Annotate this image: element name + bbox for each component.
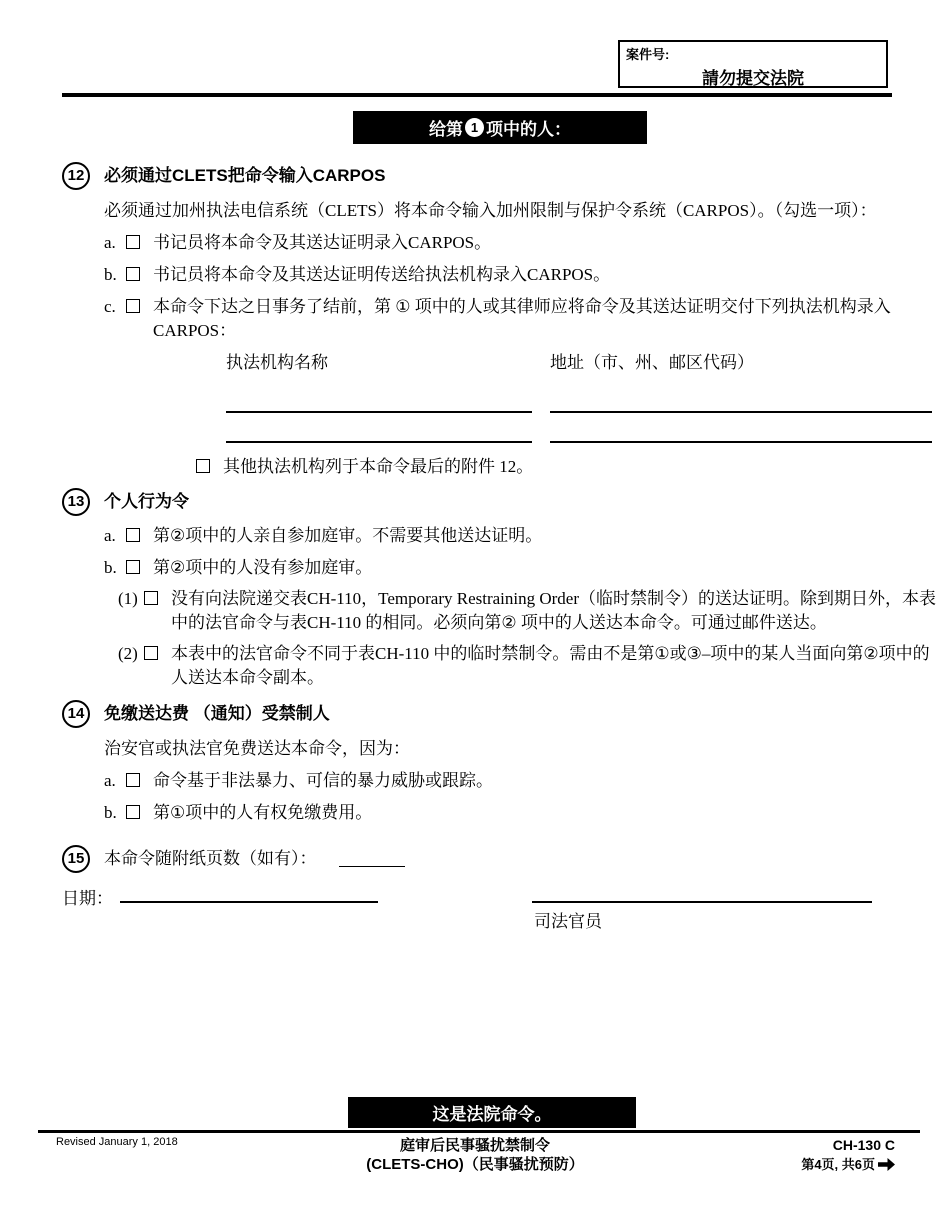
table-row — [226, 417, 932, 443]
checkbox-12c[interactable] — [126, 299, 140, 313]
page-number: 第4页, 共6页 — [801, 1155, 875, 1174]
item-text: 命令基于非法暴力、可信的暴力威胁或跟踪。 — [153, 769, 493, 793]
checkbox-14b[interactable] — [126, 805, 140, 819]
next-page-arrow-icon — [878, 1158, 895, 1171]
item-text: 第②项中的人亲自参加庭审。不需要其他送达证明。 — [153, 524, 542, 548]
case-number-label: 案件号: — [626, 44, 880, 63]
section-15: 15 本命令随附纸页数（如有）： — [62, 845, 938, 873]
list-item: a. 第②项中的人亲自参加庭审。不需要其他送达证明。 — [104, 524, 938, 548]
item-text: 没有向法院递交表CH-110，Temporary Restraining Ord… — [171, 587, 938, 635]
top-banner-suffix: 项中的人： — [486, 115, 571, 140]
case-number-box: 案件号: 請勿提交法院 — [618, 40, 888, 88]
judicial-officer-label: 司法官员 — [534, 907, 602, 932]
item-text: 第①项中的人有权免缴费用。 — [153, 801, 372, 825]
checkbox-13b[interactable] — [126, 560, 140, 574]
section-14-number-icon: 14 — [62, 700, 90, 728]
agency-name-header: 执法机构名称 — [226, 351, 532, 375]
list-item: b. 第①项中的人有权免缴费用。 — [104, 801, 938, 825]
item-letter: a. — [104, 524, 126, 548]
signature-block: 日期： 司法官员 — [62, 881, 938, 933]
item-letter: c. — [104, 295, 126, 319]
item-letter: a. — [104, 231, 126, 255]
list-item: a. 书记员将本命令及其送达证明录入CARPOS。 — [104, 231, 938, 255]
section-13-title: 个人行为令 — [104, 490, 189, 514]
agency-name-input-1[interactable] — [226, 387, 532, 413]
judicial-officer-signature-input[interactable] — [532, 881, 872, 903]
case-number-input[interactable]: 請勿提交法院 — [626, 64, 880, 89]
section-12: 12 必须通过CLETS把命令输入CARPOS 必须通过加州执法电信系统（CLE… — [62, 162, 938, 479]
checkbox-13b2[interactable] — [144, 646, 158, 660]
checkbox-13a[interactable] — [126, 528, 140, 542]
agency-address-input-2[interactable] — [550, 417, 932, 443]
list-item: (2) 本表中的法官命令不同于表CH-110 中的临时禁制令。需由不是第①或③–… — [118, 642, 938, 690]
checkbox-14a[interactable] — [126, 773, 140, 787]
section-13: 13 个人行为令 a. 第②项中的人亲自参加庭审。不需要其他送达证明。 b. 第… — [62, 488, 938, 690]
list-item: 其他执法机构列于本命令最后的附件 12。 — [196, 455, 938, 479]
header-divider — [62, 93, 892, 97]
section-12-number-icon: 12 — [62, 162, 90, 190]
agency-address-input-1[interactable] — [550, 387, 932, 413]
section-14-intro: 治安官或执法官免费送达本命令，因为： — [104, 737, 938, 761]
item-letter: b. — [104, 556, 126, 580]
agency-address-header: 地址（市、州、邮区代码） — [550, 351, 932, 375]
list-item: b. 第②项中的人没有参加庭审。 — [104, 556, 938, 580]
section-15-number-icon: 15 — [62, 845, 90, 873]
item-text: 本命令下达之日事务了结前，第 ① 项中的人或其律师应将命令及其送达证明交付下列执… — [153, 295, 938, 343]
section-12-title: 必须通过CLETS把命令输入CARPOS — [104, 164, 385, 188]
checkbox-12a[interactable] — [126, 235, 140, 249]
checkbox-13b1[interactable] — [144, 591, 158, 605]
item-text: 书记员将本命令及其送达证明录入CARPOS。 — [153, 231, 491, 255]
section-15-label: 本命令随附纸页数（如有）： — [104, 847, 317, 871]
item-letter: a. — [104, 769, 126, 793]
section-13-number-icon: 13 — [62, 488, 90, 516]
checkbox-12b[interactable] — [126, 267, 140, 281]
section-12-intro: 必须通过加州执法电信系统（CLETS）将本命令输入加州限制与保护令系统（CARP… — [104, 199, 938, 223]
circled-1-badge-icon: 1 — [465, 118, 484, 137]
section-14-title: 免缴送达费 （通知）受禁制人 — [104, 702, 330, 726]
top-banner: 给第 1 项中的人： — [353, 111, 647, 144]
list-item: (1) 没有向法院递交表CH-110，Temporary Restraining… — [118, 587, 938, 635]
item-text: 第②项中的人没有参加庭审。 — [153, 556, 372, 580]
agency-name-input-2[interactable] — [226, 417, 532, 443]
section-14: 14 免缴送达费 （通知）受禁制人 治安官或执法官免费送达本命令，因为： a. … — [62, 700, 938, 825]
checkbox-12-other-agencies[interactable] — [196, 459, 210, 473]
form-meta: CH-130 C 第4页, 共6页 — [801, 1136, 895, 1174]
pages-attached-input[interactable] — [339, 852, 405, 867]
date-label: 日期： — [62, 884, 113, 909]
list-item: a. 命令基于非法暴力、可信的暴力威胁或跟踪。 — [104, 769, 938, 793]
table-row — [226, 387, 932, 413]
footer-divider — [38, 1130, 920, 1133]
date-input[interactable] — [120, 881, 378, 903]
sub-item-label: (1) — [118, 587, 144, 611]
item-text: 其他执法机构列于本命令最后的附件 12。 — [223, 455, 533, 479]
item-letter: b. — [104, 263, 126, 287]
sub-item-label: (2) — [118, 642, 144, 666]
agency-table: 执法机构名称 地址（市、州、邮区代码） — [226, 351, 932, 443]
item-text: 本表中的法官命令不同于表CH-110 中的临时禁制令。需由不是第①或③–项中的某… — [171, 642, 938, 690]
form-number: CH-130 C — [801, 1136, 895, 1155]
form-page: 案件号: 請勿提交法院 给第 1 项中的人： 12 必须通过CLETS把命令输入… — [0, 0, 950, 1230]
top-banner-prefix: 给第 — [429, 115, 463, 140]
list-item: c. 本命令下达之日事务了结前，第 ① 项中的人或其律师应将命令及其送达证明交付… — [104, 295, 938, 343]
list-item: b. 书记员将本命令及其送达证明传送给执法机构录入CARPOS。 — [104, 263, 938, 287]
item-text: 书记员将本命令及其送达证明传送给执法机构录入CARPOS。 — [153, 263, 610, 287]
court-order-banner: 这是法院命令。 — [348, 1097, 636, 1128]
item-letter: b. — [104, 801, 126, 825]
